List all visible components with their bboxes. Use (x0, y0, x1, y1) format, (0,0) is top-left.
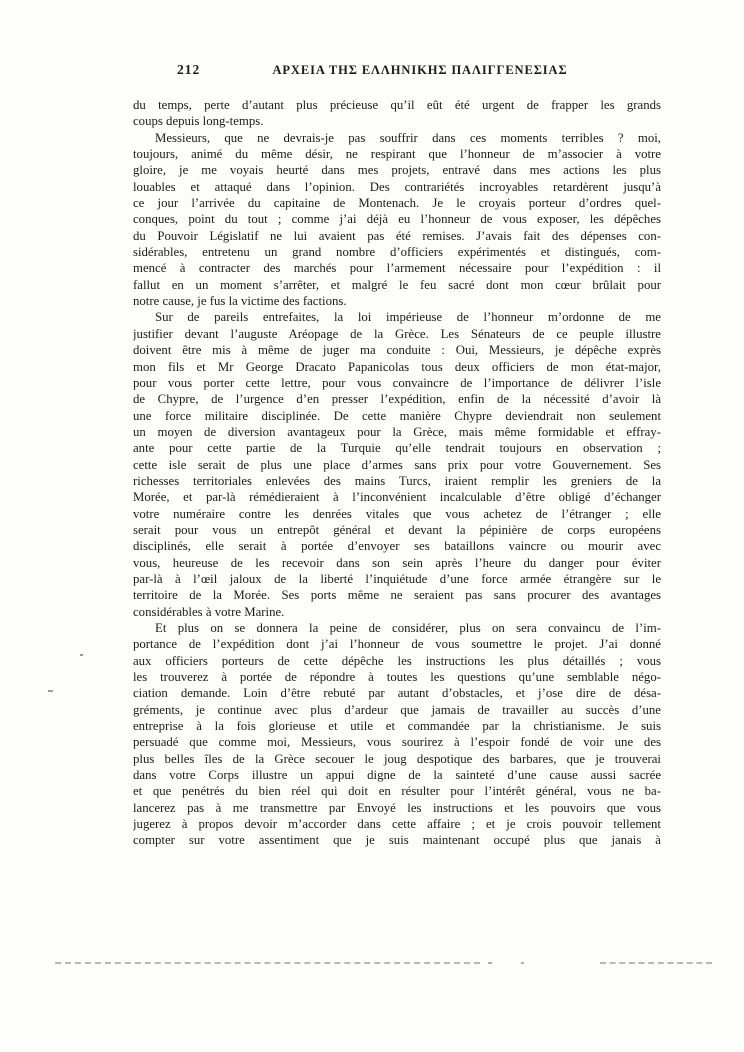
text-line: par-là à l’œil jaloux de la liberté l’in… (133, 571, 661, 587)
text-line: jugerez à propos devoir m’accorder dans … (133, 816, 661, 832)
page-header: 212 ΑΡΧΕΙΑ ΤΗΣ ΕΛΛΗΝΙΚΗΣ ΠΑΛΙΓΓΕΝΕΣΙΑΣ (0, 62, 744, 82)
text-line: considérables à votre Marine. (133, 604, 661, 620)
text-line: votre numéraire contre les denrées vital… (133, 506, 661, 522)
text-line: disciplinés, elle serait à portée d’envo… (133, 538, 661, 554)
text-line: justifier devant l’auguste Aréopage de l… (133, 326, 661, 342)
scan-artifact-speck (48, 690, 53, 692)
text-line: lancerez pas à me transmettre par Envoyé… (133, 800, 661, 816)
text-line: ciation demande. Loin d’être rebuté par … (133, 685, 661, 701)
text-line: doivent être mis à même de juger ma cond… (133, 342, 661, 358)
text-line: gréments, je continue avec plus d’ardeur… (133, 702, 661, 718)
text-line: du temps, perte d’autant plus précieuse … (133, 97, 661, 113)
text-line: Morée, et par-là rémédieraient à l’incon… (133, 489, 661, 505)
text-line: aux officiers porteurs de cette dépêche … (133, 653, 661, 669)
text-line: richesses territoriales enlevées des mai… (133, 473, 661, 489)
text-line: serait pour vous un entrepôt général et … (133, 522, 661, 538)
text-line: ce jour l’arrivée du capitaine de Monten… (133, 195, 661, 211)
paragraph: Messieurs, que ne devrais-je pas souffri… (133, 130, 661, 310)
paragraph: Et plus on se donnera la peine de consid… (133, 620, 661, 849)
text-line: Messieurs, que ne devrais-je pas souffri… (133, 130, 661, 146)
text-line: coups depuis long-temps. (133, 113, 661, 129)
text-line: toujours, animé du même désir, ne respir… (133, 146, 661, 162)
text-line: persuadé que comme moi, Messieurs, vous … (133, 734, 661, 750)
text-line: fallut en un moment s’arrêter, et malgré… (133, 277, 661, 293)
text-line: ante pour cette partie de la Turquie qu’… (133, 440, 661, 456)
text-line: une force militaire disciplinée. De cett… (133, 408, 661, 424)
text-line: territoire de la Morée. Ses ports même n… (133, 587, 661, 603)
page-text-block: du temps, perte d’autant plus précieuse … (133, 97, 661, 849)
running-header-title: ΑΡΧΕΙΑ ΤΗΣ ΕΛΛΗΝΙΚΗΣ ΠΑΛΙΓΓΕΝΕΣΙΑΣ (272, 63, 567, 78)
text-line: les trouverez à portée de répondre à tou… (133, 669, 661, 685)
text-line: notre cause, je fus la victime des facti… (133, 293, 661, 309)
scan-artifact-dashed-line (55, 962, 480, 964)
text-line: mon fils et Mr George Dracato Papanicola… (133, 359, 661, 375)
text-line: conques, point du tout ; comme j’ai déjà… (133, 211, 661, 227)
scan-artifact-dot (521, 962, 524, 964)
text-line: sidérables, entretenu un grand nombre d’… (133, 244, 661, 260)
text-line: entreprise à la fois glorieuse et utile … (133, 718, 661, 734)
text-line: plus belles îles de la Grèce secouer le … (133, 751, 661, 767)
text-line: un moyen de diversion avantageux pour la… (133, 424, 661, 440)
scan-artifact-dashed-line (600, 962, 712, 964)
text-line: pour vous porter cette lettre, pour vous… (133, 375, 661, 391)
text-line: mencé à contracter des marchés pour l’ar… (133, 260, 661, 276)
text-line: compter sur votre assentiment que je sui… (133, 832, 661, 848)
paragraph: Sur de pareils entrefaites, la loi impér… (133, 309, 661, 620)
book-page: 212 ΑΡΧΕΙΑ ΤΗΣ ΕΛΛΗΝΙΚΗΣ ΠΑΛΙΓΓΕΝΕΣΙΑΣ d… (0, 0, 744, 1052)
scan-artifact-speck (80, 654, 83, 656)
text-line: louables et attaqué dans l’opinion. Des … (133, 179, 661, 195)
text-line: du Pouvoir Législatif ne lui avaient pas… (133, 228, 661, 244)
page-number: 212 (177, 62, 200, 78)
paragraph: du temps, perte d’autant plus précieuse … (133, 97, 661, 130)
text-line: gloire, je me voyais heurté dans mes pro… (133, 162, 661, 178)
text-line: vous, heureuse de les recevoir dans son … (133, 555, 661, 571)
text-line: de Chypre, de l’urgence d’en presser l’e… (133, 391, 661, 407)
text-line: Sur de pareils entrefaites, la loi impér… (133, 309, 661, 325)
text-line: portance de l’expédition dont j’ai l’hon… (133, 636, 661, 652)
text-line: dans votre Corps illustre un appui digne… (133, 767, 661, 783)
scan-artifact-dot (488, 962, 492, 964)
text-line: cette isle serait de plus une place d’ar… (133, 457, 661, 473)
text-line: et que penétrés du bien réel qui doit en… (133, 783, 661, 799)
text-line: Et plus on se donnera la peine de consid… (133, 620, 661, 636)
